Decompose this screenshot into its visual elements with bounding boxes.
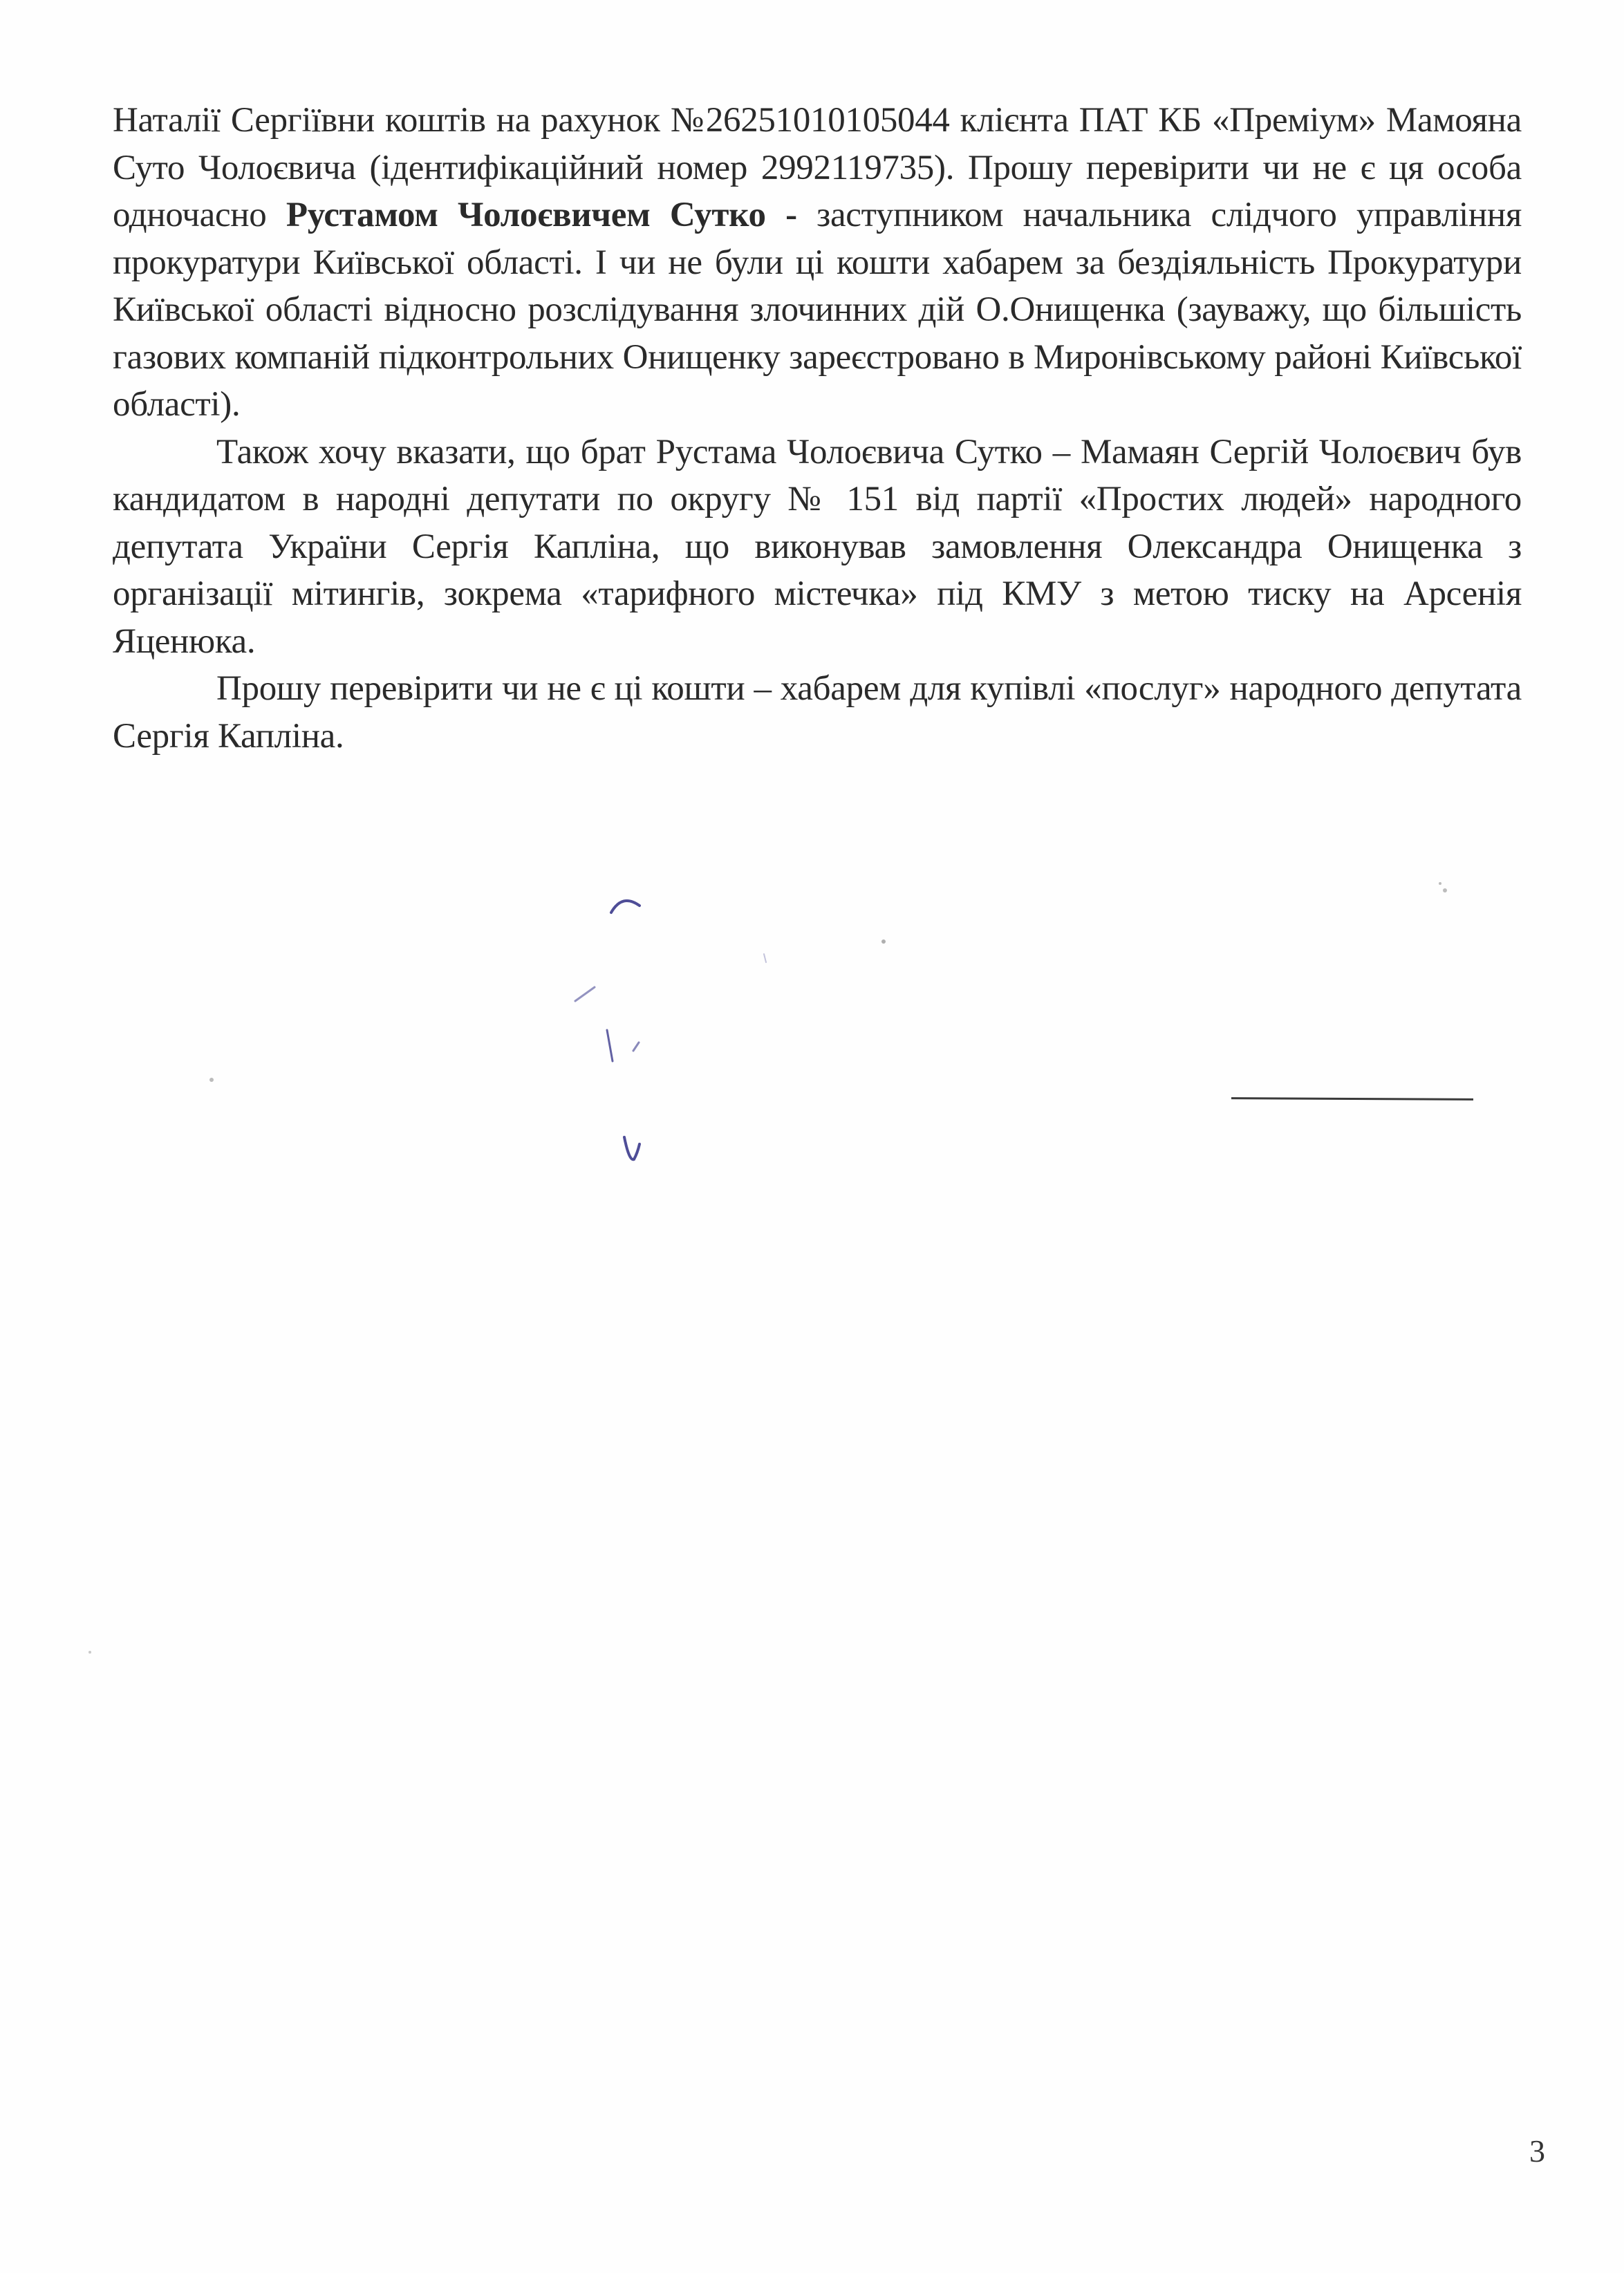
page-number: 3 [1529, 2133, 1545, 2169]
signature-strokes-icon [0, 0, 1624, 2273]
document-page: Наталії Сергіївни коштів на рахунок №262… [0, 0, 1624, 2273]
